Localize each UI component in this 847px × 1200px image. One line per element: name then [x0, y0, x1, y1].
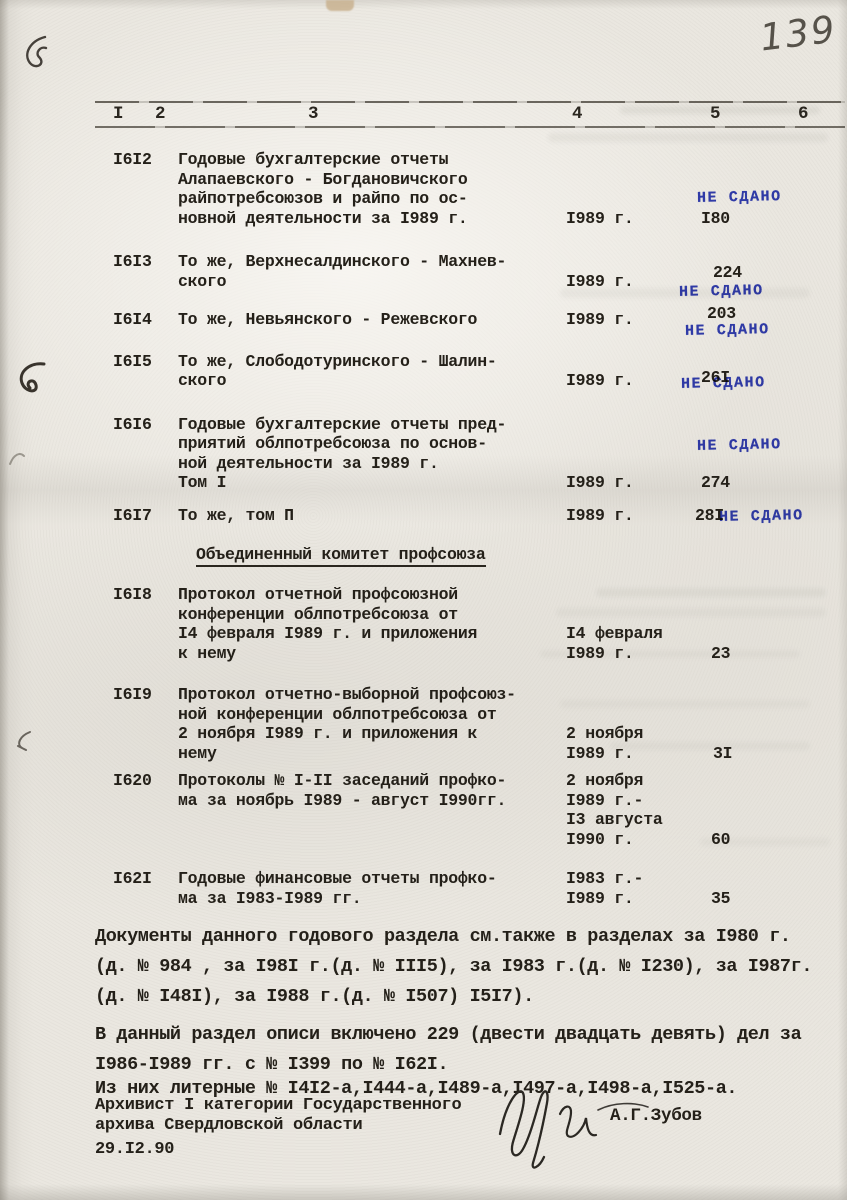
ne-sdano-stamp: НЕ СДАНО: [685, 320, 770, 341]
table-row: I6I3 То же, Верхнесалдинского - Махнев- …: [113, 252, 845, 291]
entry-description: То же, Слободотуринского - Шалин- ского: [178, 352, 563, 391]
entry-desc-line: Алапаевского - Богдановичского: [178, 170, 563, 190]
table-row: I620 Протоколы № I-II заседаний профко- …: [113, 771, 845, 849]
ne-sdano-stamp: НЕ СДАНО: [681, 373, 766, 394]
entry-desc-line: Протокол отчетной профсоюзной: [178, 585, 563, 605]
entry-description: То же, том П: [178, 506, 563, 526]
entry-date-line: I989 г.: [566, 310, 693, 330]
entry-desc-line: 2 ноября I989 г. и приложения к: [178, 724, 563, 744]
entry-date-line: I4 февраля: [566, 624, 693, 644]
signoff-date: 29.I2.90: [95, 1140, 461, 1160]
entry-count-cell: 60: [693, 830, 845, 850]
entry-desc-line: нему: [178, 744, 563, 764]
entry-number: I6I6: [113, 415, 178, 435]
entry-desc-line: райпотребсоюзов и райпо по ос-: [178, 189, 563, 209]
entry-count-cell: НЕ СДАНО 28I: [693, 506, 845, 526]
ne-sdano-stamp: НЕ СДАНО: [679, 281, 764, 302]
note-line: (д. № 984 , за I98I г.(д. № III5), за I9…: [95, 952, 847, 982]
entry-count: 3I: [713, 744, 732, 764]
entry-description: Протоколы № I-II заседаний профко- ма за…: [178, 771, 563, 810]
entry-date-line: I989 г.: [566, 473, 693, 493]
signoff-role-line: Архивист I категории Государственного: [95, 1096, 461, 1116]
entry-date-line: 2 ноября: [566, 771, 693, 791]
entry-dates: 2 ноября I989 г.: [563, 724, 693, 763]
entry-count-cell: НЕ СДАНО 224: [693, 272, 845, 292]
entry-desc-line: конференции облпотребсоюза от: [178, 605, 563, 625]
entry-count: 60: [711, 830, 730, 850]
entry-number: I6I9: [113, 685, 178, 705]
entry-desc-line: ной конференции облпотребсоюза от: [178, 705, 563, 725]
entry-count-cell: 23: [693, 644, 845, 664]
entry-dates: I989 г.: [563, 371, 693, 391]
entry-number: I6I3: [113, 252, 178, 272]
table-row: I6I9 Протокол отчетно-выборной профсоюз-…: [113, 685, 845, 763]
entry-description: Годовые бухгалтерские отчеты пред- прият…: [178, 415, 563, 493]
column-number-6: 6: [798, 104, 809, 124]
entry-count-cell: 35: [693, 889, 845, 909]
entry-count: 35: [711, 889, 730, 909]
entry-desc-line: Годовые бухгалтерские отчеты пред-: [178, 415, 563, 435]
entry-number: I6I8: [113, 585, 178, 605]
entry-desc-line: ной деятельности за I989 г.: [178, 454, 563, 474]
paper-damage-mark: [10, 358, 54, 402]
column-number-5: 5: [710, 104, 721, 124]
note-paragraph: В данный раздел описи включено 229 (двес…: [95, 1020, 847, 1080]
ne-sdano-stamp: НЕ СДАНО: [697, 187, 782, 208]
table-row: I6I6 Годовые бухгалтерские отчеты пред- …: [113, 415, 845, 493]
entry-dates: 2 ноября I989 г.- I3 августа I990 г.: [563, 771, 693, 849]
archivist-signoff: Архивист I категории Государственного ар…: [95, 1096, 461, 1160]
entry-desc-line: Протокол отчетно-выборной профсоюз-: [178, 685, 563, 705]
entry-count-cell: НЕ СДАНО 274: [693, 473, 845, 493]
table-row: I6I5 То же, Слободотуринского - Шалин- с…: [113, 352, 845, 391]
entry-date-line: I989 г.: [566, 506, 693, 526]
note-line: Документы данного годового раздела см.та…: [95, 922, 847, 952]
entry-number: I6I7: [113, 506, 178, 526]
entry-desc-line: к нему: [178, 644, 563, 664]
table-row: I6I7 То же, том П I989 г. НЕ СДАНО 28I: [113, 506, 845, 526]
ne-sdano-stamp: НЕ СДАНО: [719, 506, 804, 527]
entry-count: I80: [701, 209, 730, 229]
entry-description: Протокол отчетно-выборной профсоюз- ной …: [178, 685, 563, 763]
paper-damage-mark: [10, 728, 36, 754]
entry-desc-line: То же, Невьянского - Режевского: [178, 310, 563, 330]
entry-desc-line: ского: [178, 371, 563, 391]
entry-date-line: I989 г.: [566, 889, 693, 909]
entry-desc-line: Годовые бухгалтерские отчеты: [178, 150, 563, 170]
entry-number: I6I2: [113, 150, 178, 170]
entry-dates: I989 г.: [563, 473, 693, 493]
entry-description: Годовые бухгалтерские отчеты Алапаевског…: [178, 150, 563, 228]
entry-count-cell: НЕ СДАНО 26I: [693, 371, 845, 391]
table-row: I62I Годовые финансовые отчеты профко- м…: [113, 869, 845, 908]
entry-date-line: I989 г.: [566, 644, 693, 664]
paper-damage-mark: [6, 446, 28, 470]
entry-desc-line: То же, Верхнесалдинского - Махнев-: [178, 252, 563, 272]
entry-date-line: I989 г.-: [566, 791, 693, 811]
entry-number: I62I: [113, 869, 178, 889]
note-paragraph: Документы данного годового раздела см.та…: [95, 922, 847, 1012]
entry-desc-line: То же, том П: [178, 506, 563, 526]
ink-bleed-streak: [548, 133, 828, 142]
entry-desc-line: новной деятельности за I989 г.: [178, 209, 563, 229]
section-heading: Объединенный комитет профсоюза: [196, 545, 845, 567]
entry-number: I620: [113, 771, 178, 791]
entry-count-cell: НЕ СДАНО 203: [693, 310, 845, 330]
column-number-1: I: [113, 104, 124, 124]
entry-count: 274: [701, 473, 730, 493]
entry-number: I6I5: [113, 352, 178, 372]
signer-name: А.Г.Зубов: [610, 1106, 702, 1126]
entry-count: 224: [713, 263, 742, 283]
paper-tape-spot: [326, 0, 354, 11]
header-rule-top: [95, 101, 845, 103]
entry-number: I6I4: [113, 310, 178, 330]
entry-desc-line: приятий облпотребсоюза по основ-: [178, 434, 563, 454]
footer-notes: Документы данного годового раздела см.та…: [95, 922, 847, 1104]
column-number-3: 3: [308, 104, 319, 124]
entry-desc-line: ского: [178, 272, 563, 292]
paper-damage-mark: [18, 32, 54, 76]
entry-date-line: I989 г.: [566, 371, 693, 391]
entry-desc-line: Годовые финансовые отчеты профко-: [178, 869, 563, 889]
entry-date-line: I989 г.: [566, 744, 693, 764]
entry-description: То же, Невьянского - Режевского: [178, 310, 563, 330]
inventory-table: I6I2 Годовые бухгалтерские отчеты Алапае…: [95, 150, 845, 908]
handwritten-page-number: 139: [758, 7, 839, 59]
entry-date-line: 2 ноября: [566, 724, 693, 744]
table-row: I6I4 То же, Невьянского - Режевского I98…: [113, 310, 845, 330]
entry-dates: I989 г.: [563, 506, 693, 526]
column-number-2: 2: [155, 104, 166, 124]
entry-date-line: I983 г.-: [566, 869, 693, 889]
entry-description: То же, Верхнесалдинского - Махнев- ского: [178, 252, 563, 291]
table-row: I6I8 Протокол отчетной профсоюзной конфе…: [113, 585, 845, 663]
entry-dates: I4 февраля I989 г.: [563, 624, 693, 663]
entry-dates: I983 г.- I989 г.: [563, 869, 693, 908]
signoff-role-line: архива Свердловской области: [95, 1116, 461, 1136]
entry-dates: I989 г.: [563, 272, 693, 292]
entry-count-cell: 3I: [693, 744, 845, 764]
entry-desc-line: I4 февраля I989 г. и приложения: [178, 624, 563, 644]
entry-date-line: I989 г.: [566, 209, 693, 229]
entry-date-line: I3 августа: [566, 810, 693, 830]
entry-desc-line: То же, Слободотуринского - Шалин-: [178, 352, 563, 372]
note-line: В данный раздел описи включено 229 (двес…: [95, 1020, 847, 1050]
entry-desc-line: Протоколы № I-II заседаний профко-: [178, 771, 563, 791]
header-rule-bottom: [95, 126, 845, 128]
table-row: I6I2 Годовые бухгалтерские отчеты Алапае…: [113, 150, 845, 228]
entry-date-line: I989 г.: [566, 272, 693, 292]
entry-description: Протокол отчетной профсоюзной конференци…: [178, 585, 563, 663]
entry-dates: I989 г.: [563, 209, 693, 229]
entry-dates: I989 г.: [563, 310, 693, 330]
ne-sdano-stamp: НЕ СДАНО: [697, 435, 782, 456]
column-number-4: 4: [572, 104, 583, 124]
entry-date-line: I990 г.: [566, 830, 693, 850]
entry-description: Годовые финансовые отчеты профко- ма за …: [178, 869, 563, 908]
scanned-archive-inventory-page: 139 I 2 3 4 5 6 I6I2 Годовые бухгалтерск…: [0, 0, 847, 1200]
entry-desc-line: ма за I983-I989 гг.: [178, 889, 563, 909]
entry-count: 23: [711, 644, 730, 664]
entry-desc-line: ма за ноябрь I989 - август I990гг.: [178, 791, 563, 811]
entry-count-cell: НЕ СДАНО I80: [693, 209, 845, 229]
entry-desc-line: Том I: [178, 473, 563, 493]
note-line: (д. № I48I), за I988 г.(д. № I507) I5I7)…: [95, 982, 847, 1012]
